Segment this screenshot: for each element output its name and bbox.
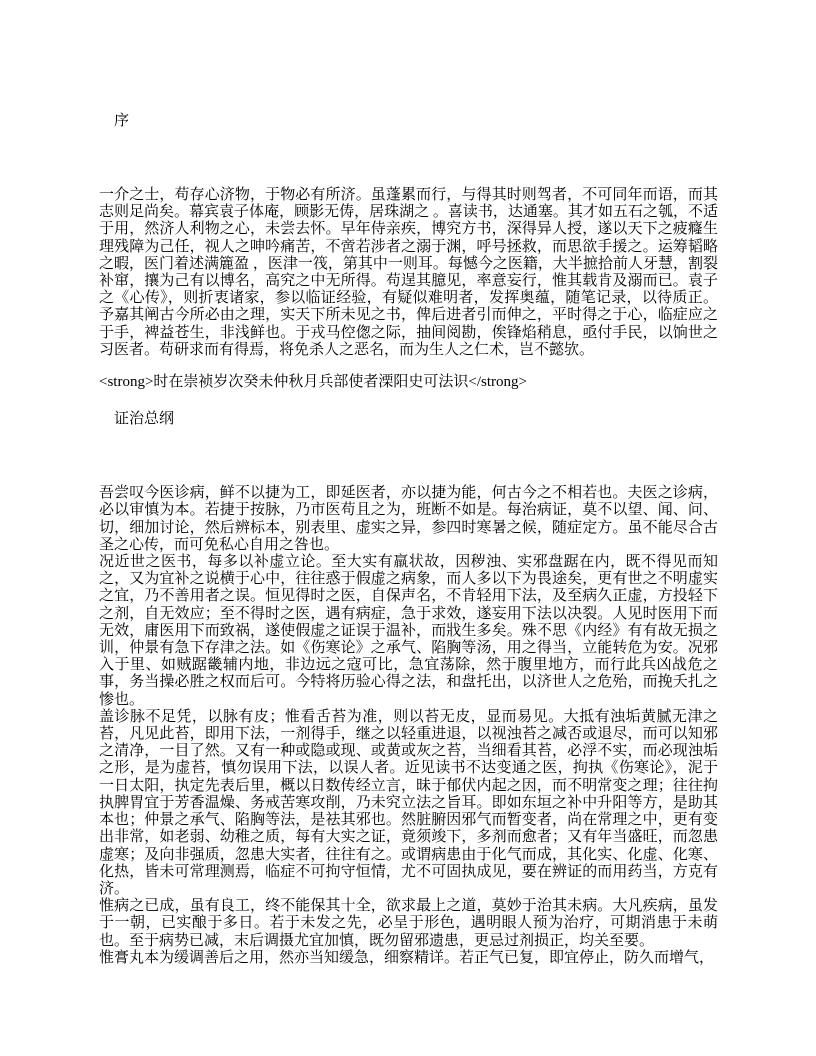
main-section-heading: 证治总纲 <box>99 411 718 428</box>
main-paragraph-5: 惟膏丸本为缓调善后之用，然亦当知缓急，细察精详。若正气已复，即宜停止，防久而增气… <box>99 950 718 967</box>
main-paragraph-1: 吾尝叹今医诊病，鲜不以捷为工，即延医者，亦以捷为能，何古今之不相若也。夫医之诊病… <box>99 485 718 554</box>
preface-signature-line: <strong>时在崇祯岁次癸未仲秋月兵部使者溧阳史可法识</strong> <box>99 374 718 391</box>
main-paragraph-2: 况近世之医书，每多以补虚立论。至大实有羸状故，因秽浊、实邪盘踞在内，既不得见而知… <box>99 554 718 709</box>
preface-heading: 序 <box>99 113 718 130</box>
main-paragraph-3: 盖诊脉不足凭，以脉有皮；惟看舌苔为准，则以苔无皮，显而易见。大抵有浊垢黄腻无津之… <box>99 709 718 898</box>
preface-paragraph: 一介之士，苟存心济物，于物必有所济。虽蓬累而行，与得其时则驾者，不可同年而语，而… <box>99 187 718 359</box>
main-paragraph-4: 惟病之已成，虽有良工，终不能保其十全，欲求最上之道，莫妙于治其未病。大凡疾病，虽… <box>99 898 718 950</box>
document-page: 序 一介之士，苟存心济物，于物必有所济。虽蓬累而行，与得其时则驾者，不可同年而语… <box>0 0 816 1056</box>
